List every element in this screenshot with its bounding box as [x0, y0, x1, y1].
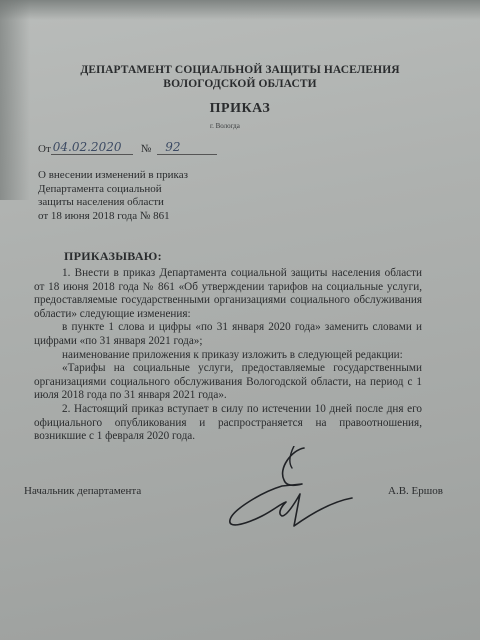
handwritten-signature-icon: [222, 446, 362, 536]
signer-name: А.В. Ершов: [388, 485, 443, 497]
order-heading: ПРИКАЗЫВАЮ:: [64, 249, 162, 264]
header-line-1: ДЕПАРТАМЕНТ СОЦИАЛЬНОЙ ЗАЩИТЫ НАСЕЛЕНИЯ: [60, 63, 420, 77]
subject-line: О внесении изменений в приказ: [38, 169, 258, 183]
paragraph-1b: наименование приложения к приказу изложи…: [34, 349, 422, 363]
header-line-2: ВОЛОГОДСКОЙ ОБЛАСТИ: [60, 77, 420, 91]
paragraph-1a: в пункте 1 слова и цифры «по 31 января 2…: [34, 321, 422, 348]
paragraph-2: 2. Настоящий приказ вступает в силу по и…: [34, 403, 422, 444]
city-label: г. Вологда: [210, 122, 240, 130]
subject-line: Департамента социальной: [38, 183, 258, 197]
document-title: ПРИКАЗ: [60, 101, 420, 117]
handwritten-number: 92: [157, 140, 217, 155]
paragraph-1: 1. Внести в приказ Департамента социальн…: [34, 267, 422, 321]
department-header: ДЕПАРТАМЕНТ СОЦИАЛЬНОЙ ЗАЩИТЫ НАСЕЛЕНИЯ …: [60, 63, 420, 91]
handwritten-date: 04.02.2020: [51, 140, 133, 155]
signer-position: Начальник департамента: [24, 485, 141, 497]
order-body: 1. Внести в приказ Департамента социальн…: [34, 267, 422, 444]
document-page: ДЕПАРТАМЕНТ СОЦИАЛЬНОЙ ЗАЩИТЫ НАСЕЛЕНИЯ …: [0, 0, 480, 640]
subject-block: О внесении изменений в приказ Департамен…: [38, 169, 258, 223]
subject-line: защиты населения области: [38, 196, 258, 210]
number-label: №: [141, 143, 152, 155]
paragraph-1c: «Тарифы на социальные услуги, предоставл…: [34, 362, 422, 403]
date-label: От: [38, 143, 51, 155]
date-number-row: От 04.02.2020 № 92: [38, 140, 217, 155]
subject-line: от 18 июня 2018 года № 861: [38, 210, 258, 224]
